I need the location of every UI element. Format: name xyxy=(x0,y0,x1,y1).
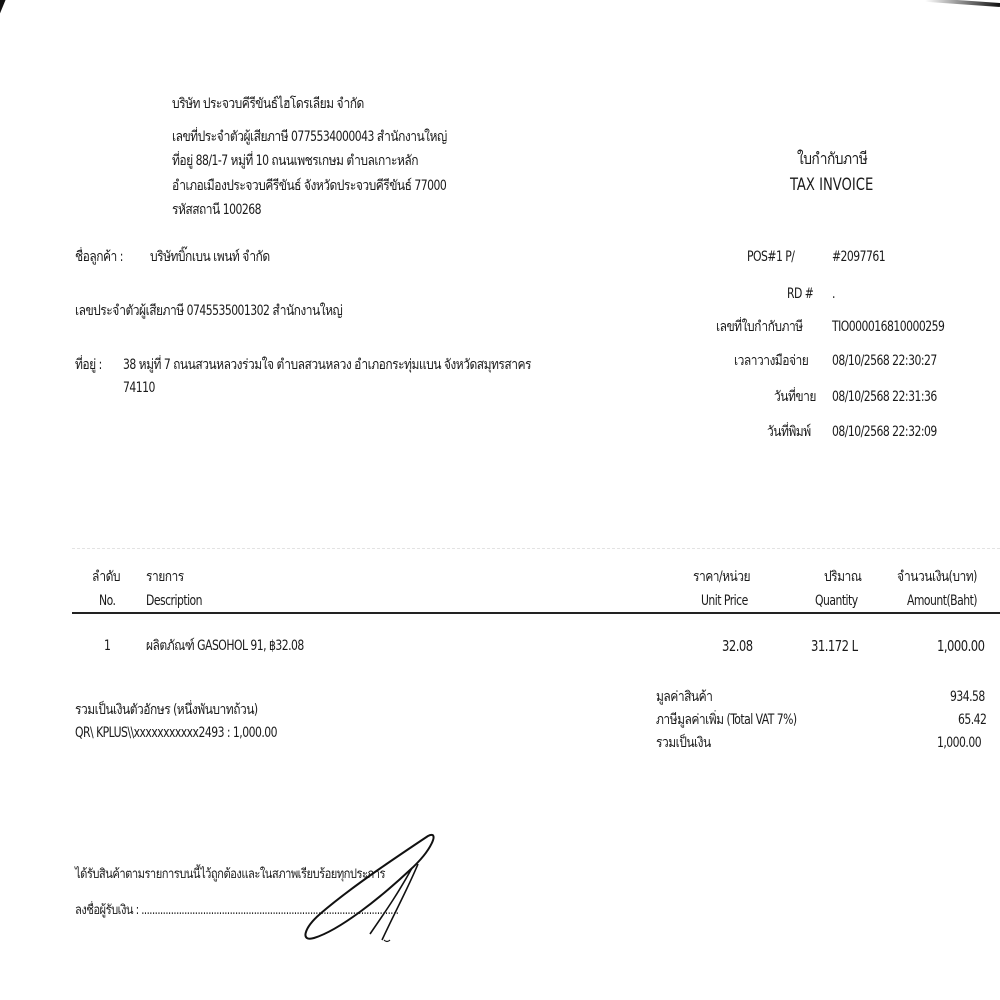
payment-time-label: เวลาวางมือจ่าย xyxy=(734,352,808,370)
title-thai: ใบกำกับภาษี xyxy=(797,150,867,168)
scan-edge-shadow xyxy=(925,0,1000,7)
sale-date-label: วันที่ขาย xyxy=(774,388,816,406)
rd-value: . xyxy=(832,285,835,303)
title-english: TAX INVOICE xyxy=(790,176,873,194)
rd-label: RD # xyxy=(787,285,813,303)
invoice-number: TIO000016810000259 xyxy=(832,318,944,336)
table-header-divider xyxy=(72,612,1000,614)
customer-address-line1: 38 หมู่ที่ 7 ถนนสวนหลวงร่วมใจ ตำบลสวนหลว… xyxy=(123,356,531,374)
print-date: 08/10/2568 22:32:09 xyxy=(832,423,937,441)
table-top-dashed-line xyxy=(72,548,1000,549)
print-date-label: วันที่พิมพ์ xyxy=(767,423,811,441)
header-amount-english: Amount(Baht) xyxy=(907,592,977,610)
pos-value: #2097761 xyxy=(832,248,885,266)
vat-label: ภาษีมูลค่าเพิ่ม (Total VAT 7%) xyxy=(656,711,797,729)
row-amount: 1,000.00 xyxy=(937,637,985,655)
pos-label: POS#1 P/ xyxy=(747,248,794,266)
scan-edge-shadow xyxy=(0,0,8,28)
row-quantity: 31.172 L xyxy=(811,637,858,655)
header-desc-thai: รายการ xyxy=(146,568,184,586)
sale-date: 08/10/2568 22:31:36 xyxy=(832,388,937,406)
header-qty-english: Quantity xyxy=(815,592,858,610)
row-no: 1 xyxy=(104,637,110,655)
customer-tax-id: เลขประจำตัวผู้เสียภาษี 0745535001302 สำน… xyxy=(75,302,342,320)
subtotal-value: 934.58 xyxy=(950,688,985,706)
customer-name: บริษัทบิ๊กเบน เพนท์ จำกัด xyxy=(150,248,270,266)
customer-address-line2: 74110 xyxy=(123,379,155,397)
header-amount-thai: จำนวนเงิน(บาท) xyxy=(897,568,977,586)
payment-method: QR\ KPLUS\\xxxxxxxxxxx2493 : 1,000.00 xyxy=(75,724,277,742)
total-label: รวมเป็นเงิน xyxy=(656,734,711,752)
row-unit-price: 32.08 xyxy=(722,637,753,655)
customer-address-label: ที่อยู่ : xyxy=(75,356,102,374)
seller-tax-id: เลขที่ประจำตัวผู้เสียภาษี 0775534000043 … xyxy=(172,128,447,146)
header-no-thai: ลำดับ xyxy=(92,568,120,586)
signature-mark xyxy=(300,830,440,945)
header-no-english: No. xyxy=(99,592,115,610)
invoice-number-label: เลขที่ใบกำกับภาษี xyxy=(716,318,803,336)
seller-address-line2: อำเภอเมืองประจวบคีรีขันธ์ จังหวัดประจวบค… xyxy=(172,177,446,195)
header-qty-thai: ปริมาณ xyxy=(824,568,861,586)
seller-address-line1: ที่อยู่ 88/1-7 หมู่ที่ 10 ถนนเพชรเกษม ตำ… xyxy=(172,152,418,170)
header-price-thai: ราคา/หน่วย xyxy=(693,568,750,586)
payment-time: 08/10/2568 22:30:27 xyxy=(832,352,937,370)
amount-in-words: รวมเป็นเงินตัวอักษร (หนึ่งพันบาทถ้วน) xyxy=(75,701,258,719)
seller-company-name: บริษัท ประจวบคีรีขันธ์ไฮโดรเลียม จำกัด xyxy=(172,95,364,113)
header-desc-english: Description xyxy=(146,592,202,610)
row-description: ผลิตภัณฑ์ GASOHOL 91, ฿32.08 xyxy=(146,637,304,655)
vat-value: 65.42 xyxy=(958,711,986,729)
header-price-english: Unit Price xyxy=(701,592,748,610)
subtotal-label: มูลค่าสินค้า xyxy=(656,688,712,706)
total-value: 1,000.00 xyxy=(937,734,981,752)
seller-station-code: รหัสสถานี 100268 xyxy=(172,201,261,219)
customer-name-label: ชื่อลูกค้า : xyxy=(75,248,123,266)
